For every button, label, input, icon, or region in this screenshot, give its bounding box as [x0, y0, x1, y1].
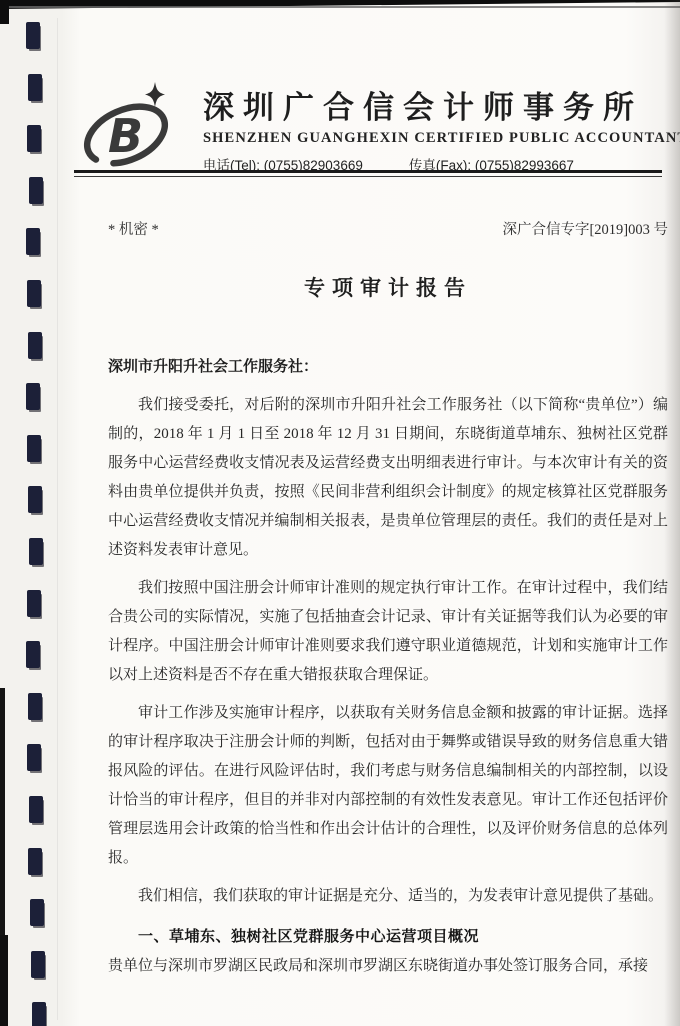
page-number: 1 [80, 956, 640, 972]
binding-hole [29, 796, 43, 823]
section-heading: 一、草埔东、独树社区党群服务中心运营项目概况 [108, 922, 668, 951]
binding-hole [27, 280, 41, 307]
scanned-page: B 深圳广合信会计师事务所 SHENZHEN GUANGHEXIN CERTIF… [0, 0, 680, 1026]
meta-row: * 机密 * 深广合信专字[2019]003 号 [108, 218, 668, 239]
binding-hole [27, 435, 41, 462]
company-name-cn: 深圳广合信会计师事务所 [203, 82, 661, 127]
svg-text:B: B [108, 109, 143, 163]
scan-edge-right-shadow [664, 0, 680, 1026]
paragraph-engagement: 我们接受委托，对后附的深圳市升阳升社会工作服务社（以下简称“贵单位”）编制的，2… [108, 391, 668, 565]
letterhead-rule [74, 170, 662, 177]
binding-hole [27, 744, 41, 771]
binding-hole [28, 848, 42, 875]
binding-hole [27, 125, 41, 152]
confidential-mark: * 机密 * [108, 218, 159, 239]
logo-star-icon [145, 82, 165, 107]
company-name-en: SHENZHEN GUANGHEXIN CERTIFIED PUBLIC ACC… [203, 130, 661, 147]
binding-hole [26, 641, 40, 668]
binding-hole [28, 74, 42, 101]
paragraph-procedures: 审计工作涉及实施审计程序，以获取有关财务信息金额和披露的审计证据。选择的审计程序… [108, 699, 668, 873]
scan-edge-top-line [0, 6, 680, 8]
binding-hole [26, 22, 40, 49]
binding-hole [28, 332, 42, 359]
binding-hole [26, 228, 40, 255]
binding-hole [32, 1002, 46, 1026]
document-number: 深广合信专字[2019]003 号 [502, 218, 668, 239]
binding-hole [31, 951, 45, 978]
letterhead: 深圳广合信会计师事务所 SHENZHEN GUANGHEXIN CERTIFIE… [203, 82, 661, 174]
report-title: 专项审计报告 [108, 272, 668, 302]
binding-hole [28, 693, 42, 720]
binding-hole [27, 590, 41, 617]
scan-edge-left-top [0, 0, 9, 24]
report-body: 深圳市升阳升社会工作服务社： 我们接受委托，对后附的深圳市升阳升社会工作服务社（… [108, 353, 668, 981]
binding-hole [29, 538, 43, 565]
scan-edge-left-bottom-thick [0, 935, 8, 1026]
company-logo: B [76, 80, 180, 178]
binding-hole [29, 177, 43, 204]
binding-hole [30, 899, 44, 926]
binding-hole [28, 486, 42, 513]
paragraph-standards: 我们按照中国注册会计师审计准则的规定执行审计工作。在审计过程中，我们结合贵公司的… [108, 574, 668, 690]
addressee-line: 深圳市升阳升社会工作服务社： [108, 353, 668, 382]
company-logo-icon: B [76, 80, 180, 178]
paragraph-belief: 我们相信，我们获取的审计证据是充分、适当的，为发表审计意见提供了基础。 [108, 882, 668, 911]
scan-fold-line [57, 18, 58, 1020]
binding-hole [26, 383, 40, 410]
